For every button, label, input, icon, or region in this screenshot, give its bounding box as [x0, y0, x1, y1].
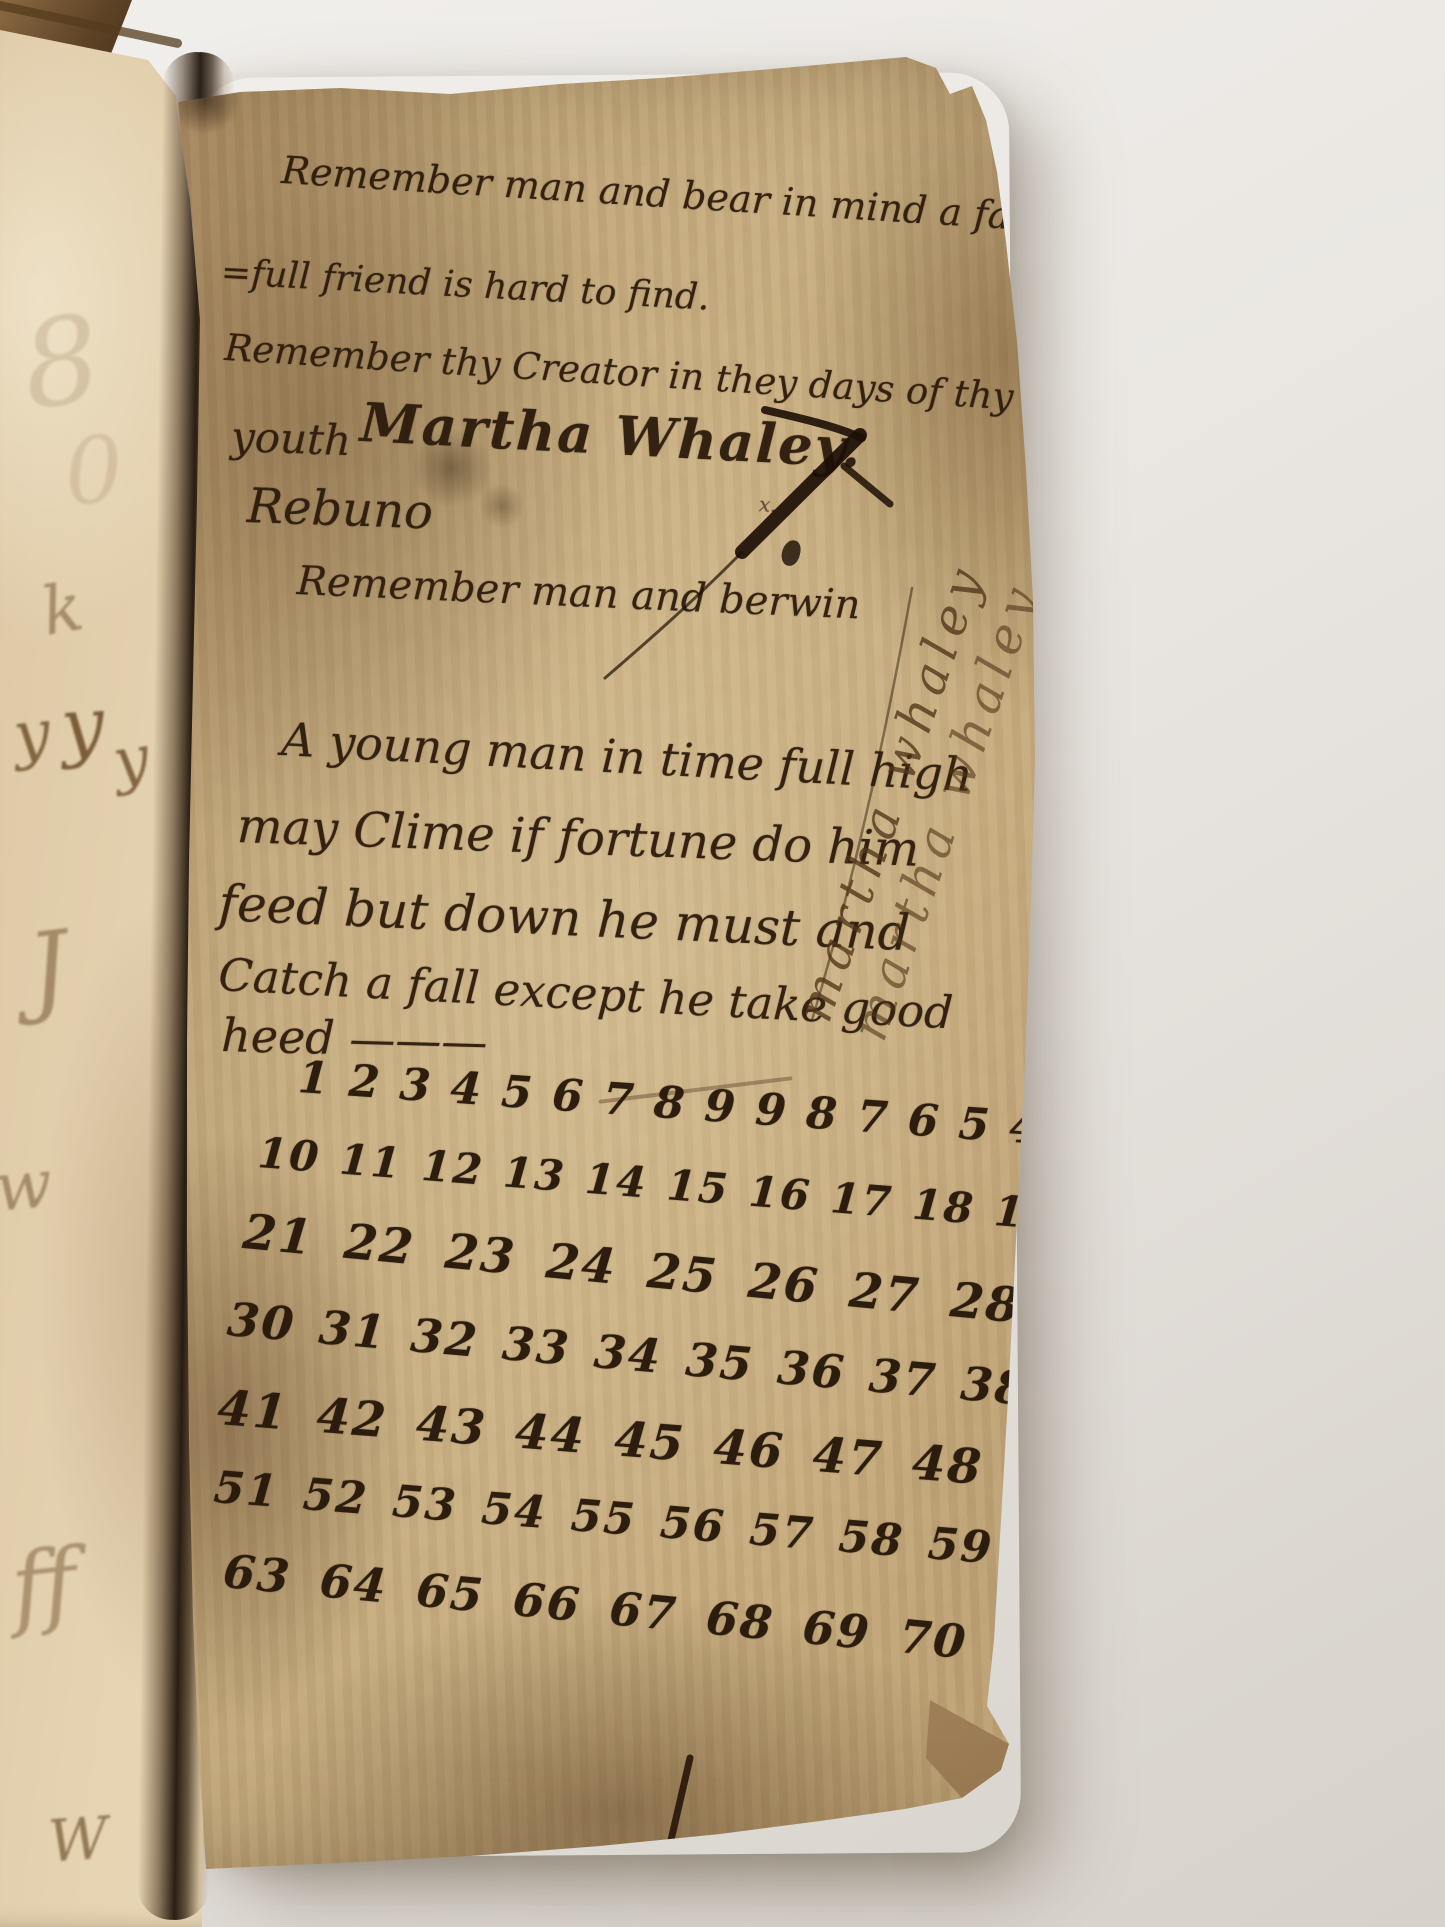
small-ink-mark: x.	[758, 492, 777, 517]
poem-line-2: may Clime if fortune do him	[236, 798, 920, 878]
marginalia-line: martha whaley	[785, 554, 997, 1028]
pen-trial-glyph: J	[22, 910, 75, 1028]
pen-trial-glyph: W	[46, 1804, 110, 1876]
diagonal-marginalia: martha whaley martha whaley	[785, 554, 1052, 1047]
pen-trial-glyph: y	[108, 721, 154, 799]
ink-blot	[779, 538, 802, 567]
owner-signature: Martha Whaley.	[359, 390, 865, 480]
manuscript-scripture-line-2: youth	[230, 412, 352, 465]
number-row-5: 41 42 43 44 45 46 47 48 49 50	[216, 1380, 1184, 1512]
stray-pen-stroke	[598, 1076, 792, 1104]
number-row-6: 51 52 53 54 55 56 57 58 59 60 61 62	[212, 1462, 1263, 1595]
number-row-2: 10 11 12 13 14 15 16 17 18 19 20	[256, 1128, 1140, 1246]
manuscript-scripture-line-1: Remember thy Creator in they days of thy	[223, 326, 1014, 419]
number-row-1: 1 2 3 4 5 6 7 8 9 9 8 7 6 5 4 3 2 1	[296, 1052, 1196, 1166]
ink-flourish-cross	[560, 380, 1040, 1100]
poem-line-1: A young man in time full high	[280, 712, 974, 802]
manuscript-proverb-line-1: Remember man and bear in mind a faith	[280, 148, 1064, 241]
photo-of-open-manuscript-book: 8 0 k y y y J w ff W Remember man and be…	[0, 0, 1445, 1927]
number-row-7: 63 64 65 66 67 68 69 70 71 72 73	[221, 1544, 1260, 1697]
pen-trial-glyph: w	[0, 1145, 55, 1227]
poem-line-4: Catch a fall except he take good	[217, 948, 954, 1039]
manuscript-page: Remember man and bear in mind a faith =f…	[0, 0, 1445, 1927]
pen-trial-word: Rebuno	[246, 478, 434, 540]
poem-line-5: heed ———	[221, 1008, 488, 1069]
poem-line-3: feed but down he must and	[217, 874, 911, 962]
pen-trial-glyph: k	[36, 568, 89, 651]
pen-trial-glyph: y	[58, 679, 107, 771]
pen-trial-glyph: 8	[14, 289, 109, 437]
pen-trial-glyph: 0	[60, 415, 128, 527]
marginalia-line: martha whaley	[840, 573, 1052, 1047]
paper-grain-texture	[0, 0, 1445, 1927]
number-row-4: 30 31 32 33 34 35 36 37 38 39 40	[225, 1292, 1214, 1432]
pen-trial-glyph: ff	[6, 1528, 82, 1641]
pen-trial-glyph: y	[10, 696, 54, 773]
bottom-ink-stroke	[620, 1740, 720, 1900]
manuscript-proverb-line-2: =full friend is hard to find.	[220, 252, 711, 319]
number-row-3: 21 22 23 24 25 26 27 28 29	[241, 1204, 1125, 1344]
folded-page-corner	[0, 0, 1445, 1927]
pen-trial-phrase: Remember man and berwin	[296, 558, 861, 629]
